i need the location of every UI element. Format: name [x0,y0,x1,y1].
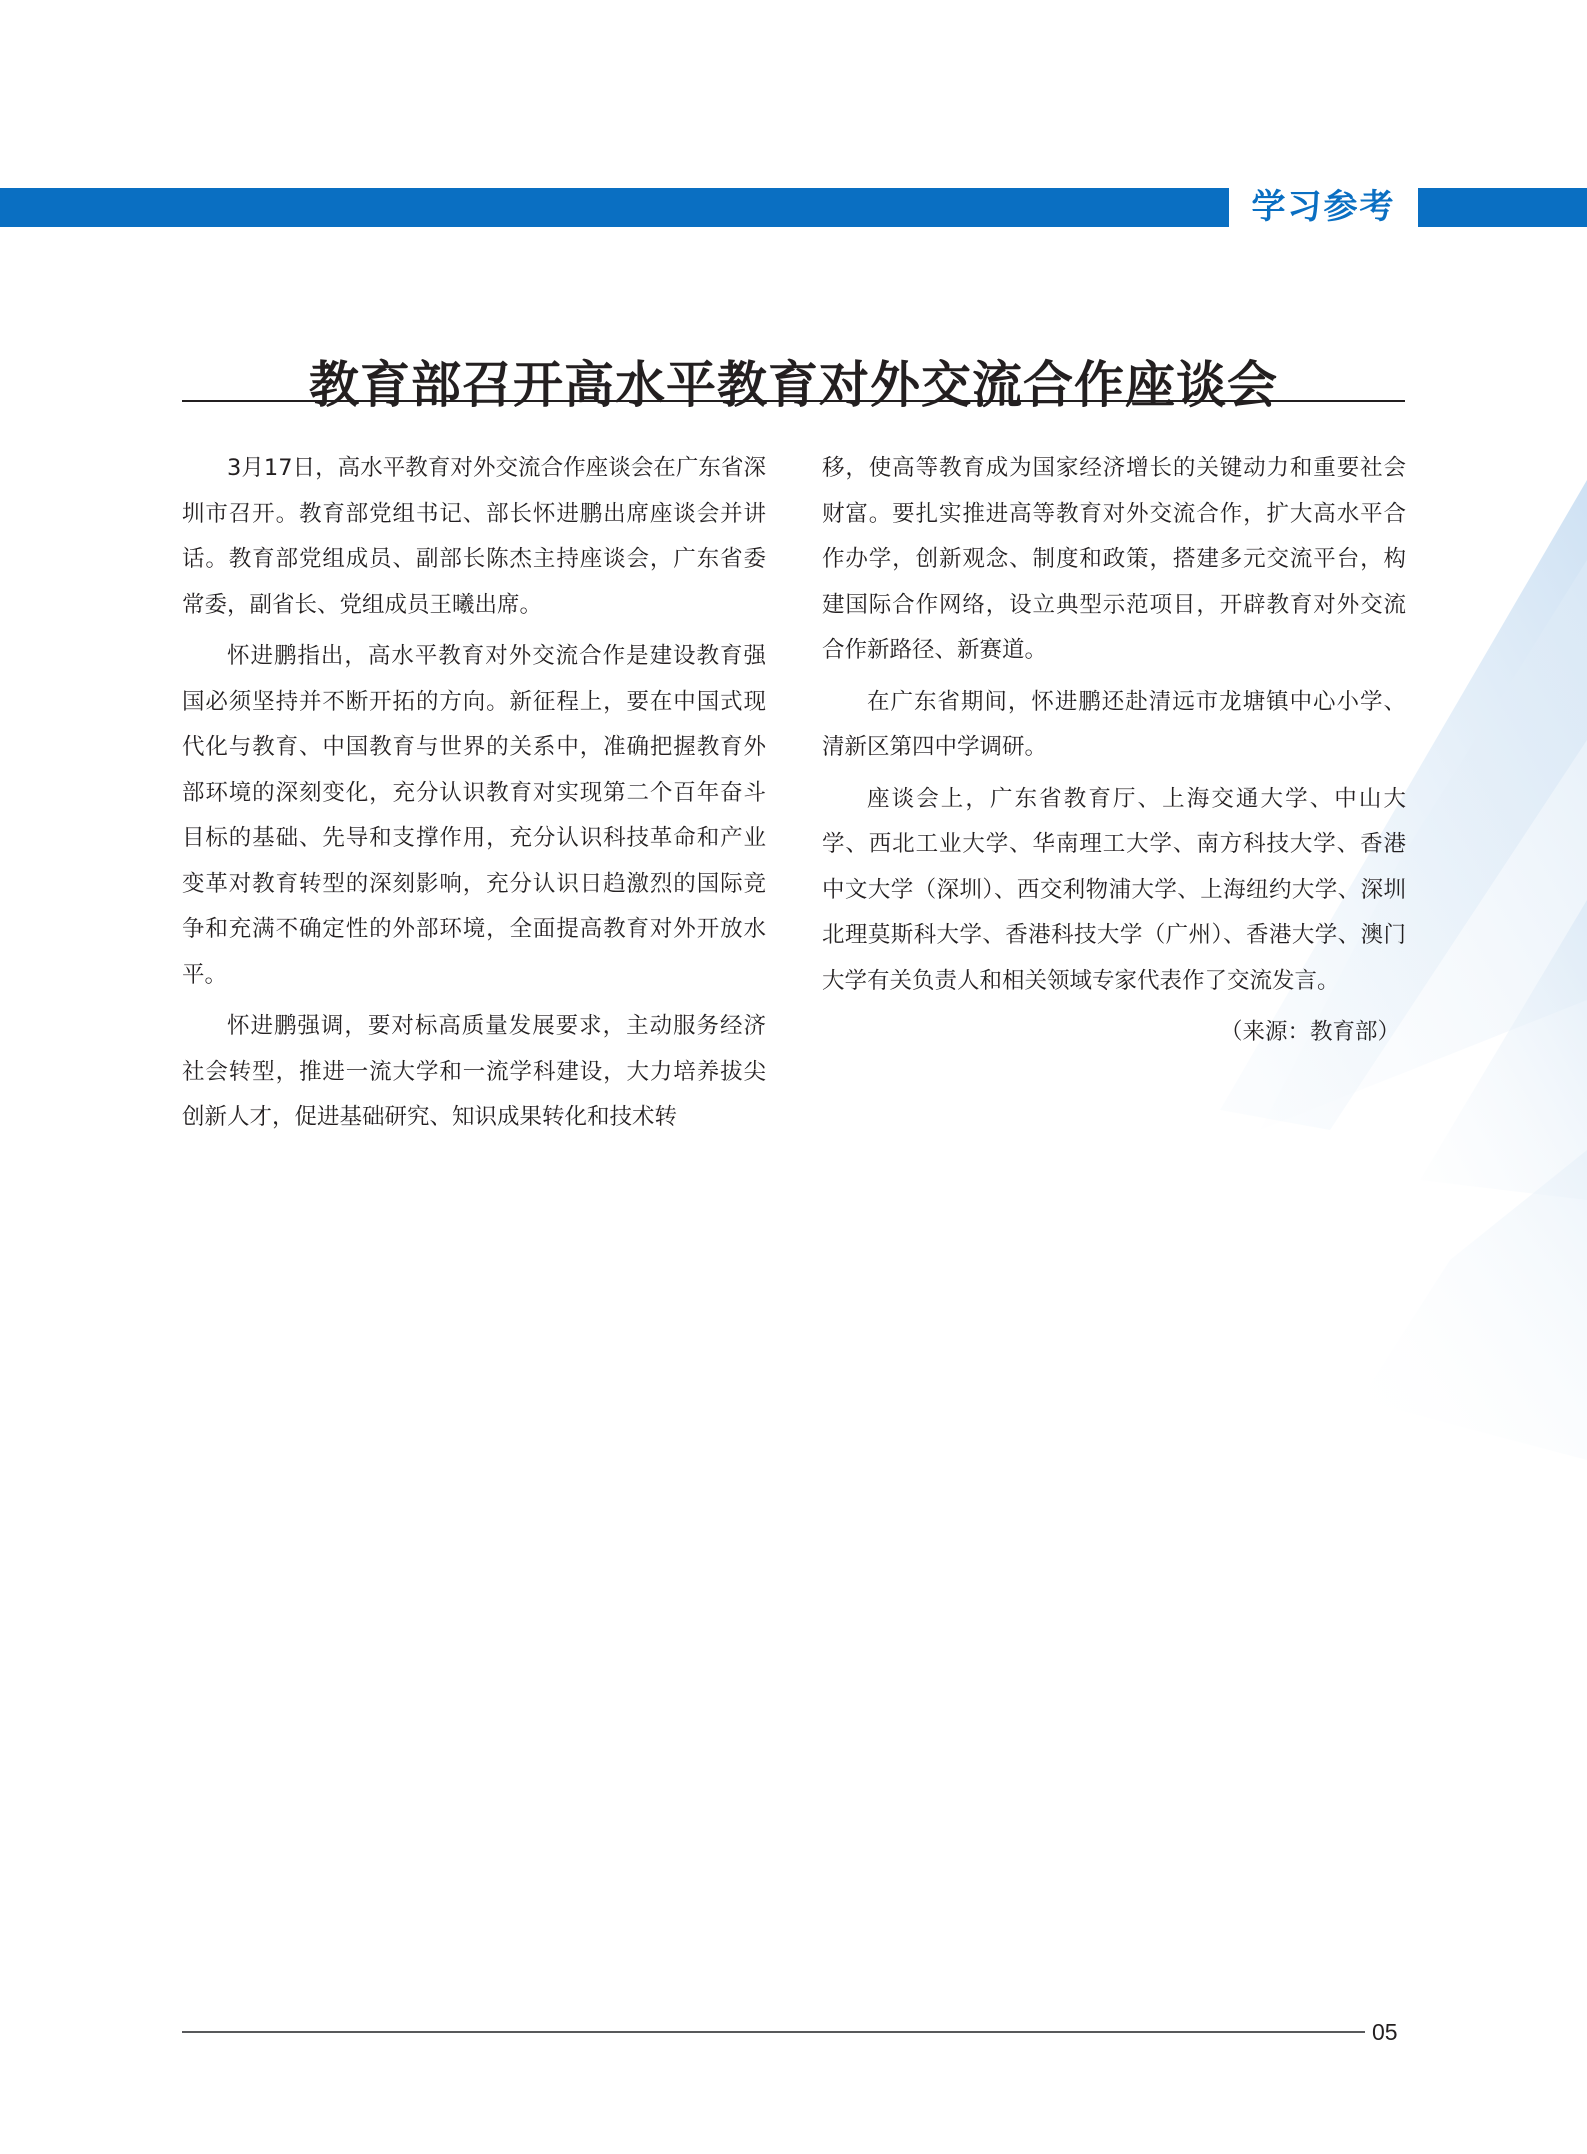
article-left-column: 3月17日，高水平教育对外交流合作座谈会在广东省深圳市召开。教育部党组书记、部长… [182,446,766,1147]
paragraph-5: 座谈会上，广东省教育厅、上海交通大学、中山大学、西北工业大学、华南理工大学、南方… [822,777,1406,1005]
page-number: 05 [1372,2017,1412,2047]
article-source: （来源：教育部） [822,1010,1406,1056]
header-band-left-bar [0,188,1229,227]
section-label: 学习参考 [1229,184,1418,231]
header-band-right-bar [1418,188,1587,227]
header-band: 学习参考 [0,188,1587,227]
paragraph-3: 怀进鹏强调，要对标高质量发展要求，主动服务经济社会转型，推进一流大学和一流学科建… [182,1004,766,1141]
paragraph-2: 怀进鹏指出，高水平教育对外交流合作是建设教育强国必须坚持并不断开拓的方向。新征程… [182,634,766,998]
article-title: 教育部召开高水平教育对外交流合作座谈会 [182,352,1405,418]
paragraph-1: 3月17日，高水平教育对外交流合作座谈会在广东省深圳市召开。教育部党组书记、部长… [182,446,766,628]
paragraph-3-continuation: 移，使高等教育成为国家经济增长的关键动力和重要社会财富。要扎实推进高等教育对外交… [822,446,1406,674]
footer-divider [182,2031,1365,2033]
article-right-column: 移，使高等教育成为国家经济增长的关键动力和重要社会财富。要扎实推进高等教育对外交… [822,446,1406,1056]
paragraph-4: 在广东省期间，怀进鹏还赴清远市龙塘镇中心小学、清新区第四中学调研。 [822,680,1406,771]
title-divider [182,400,1405,402]
